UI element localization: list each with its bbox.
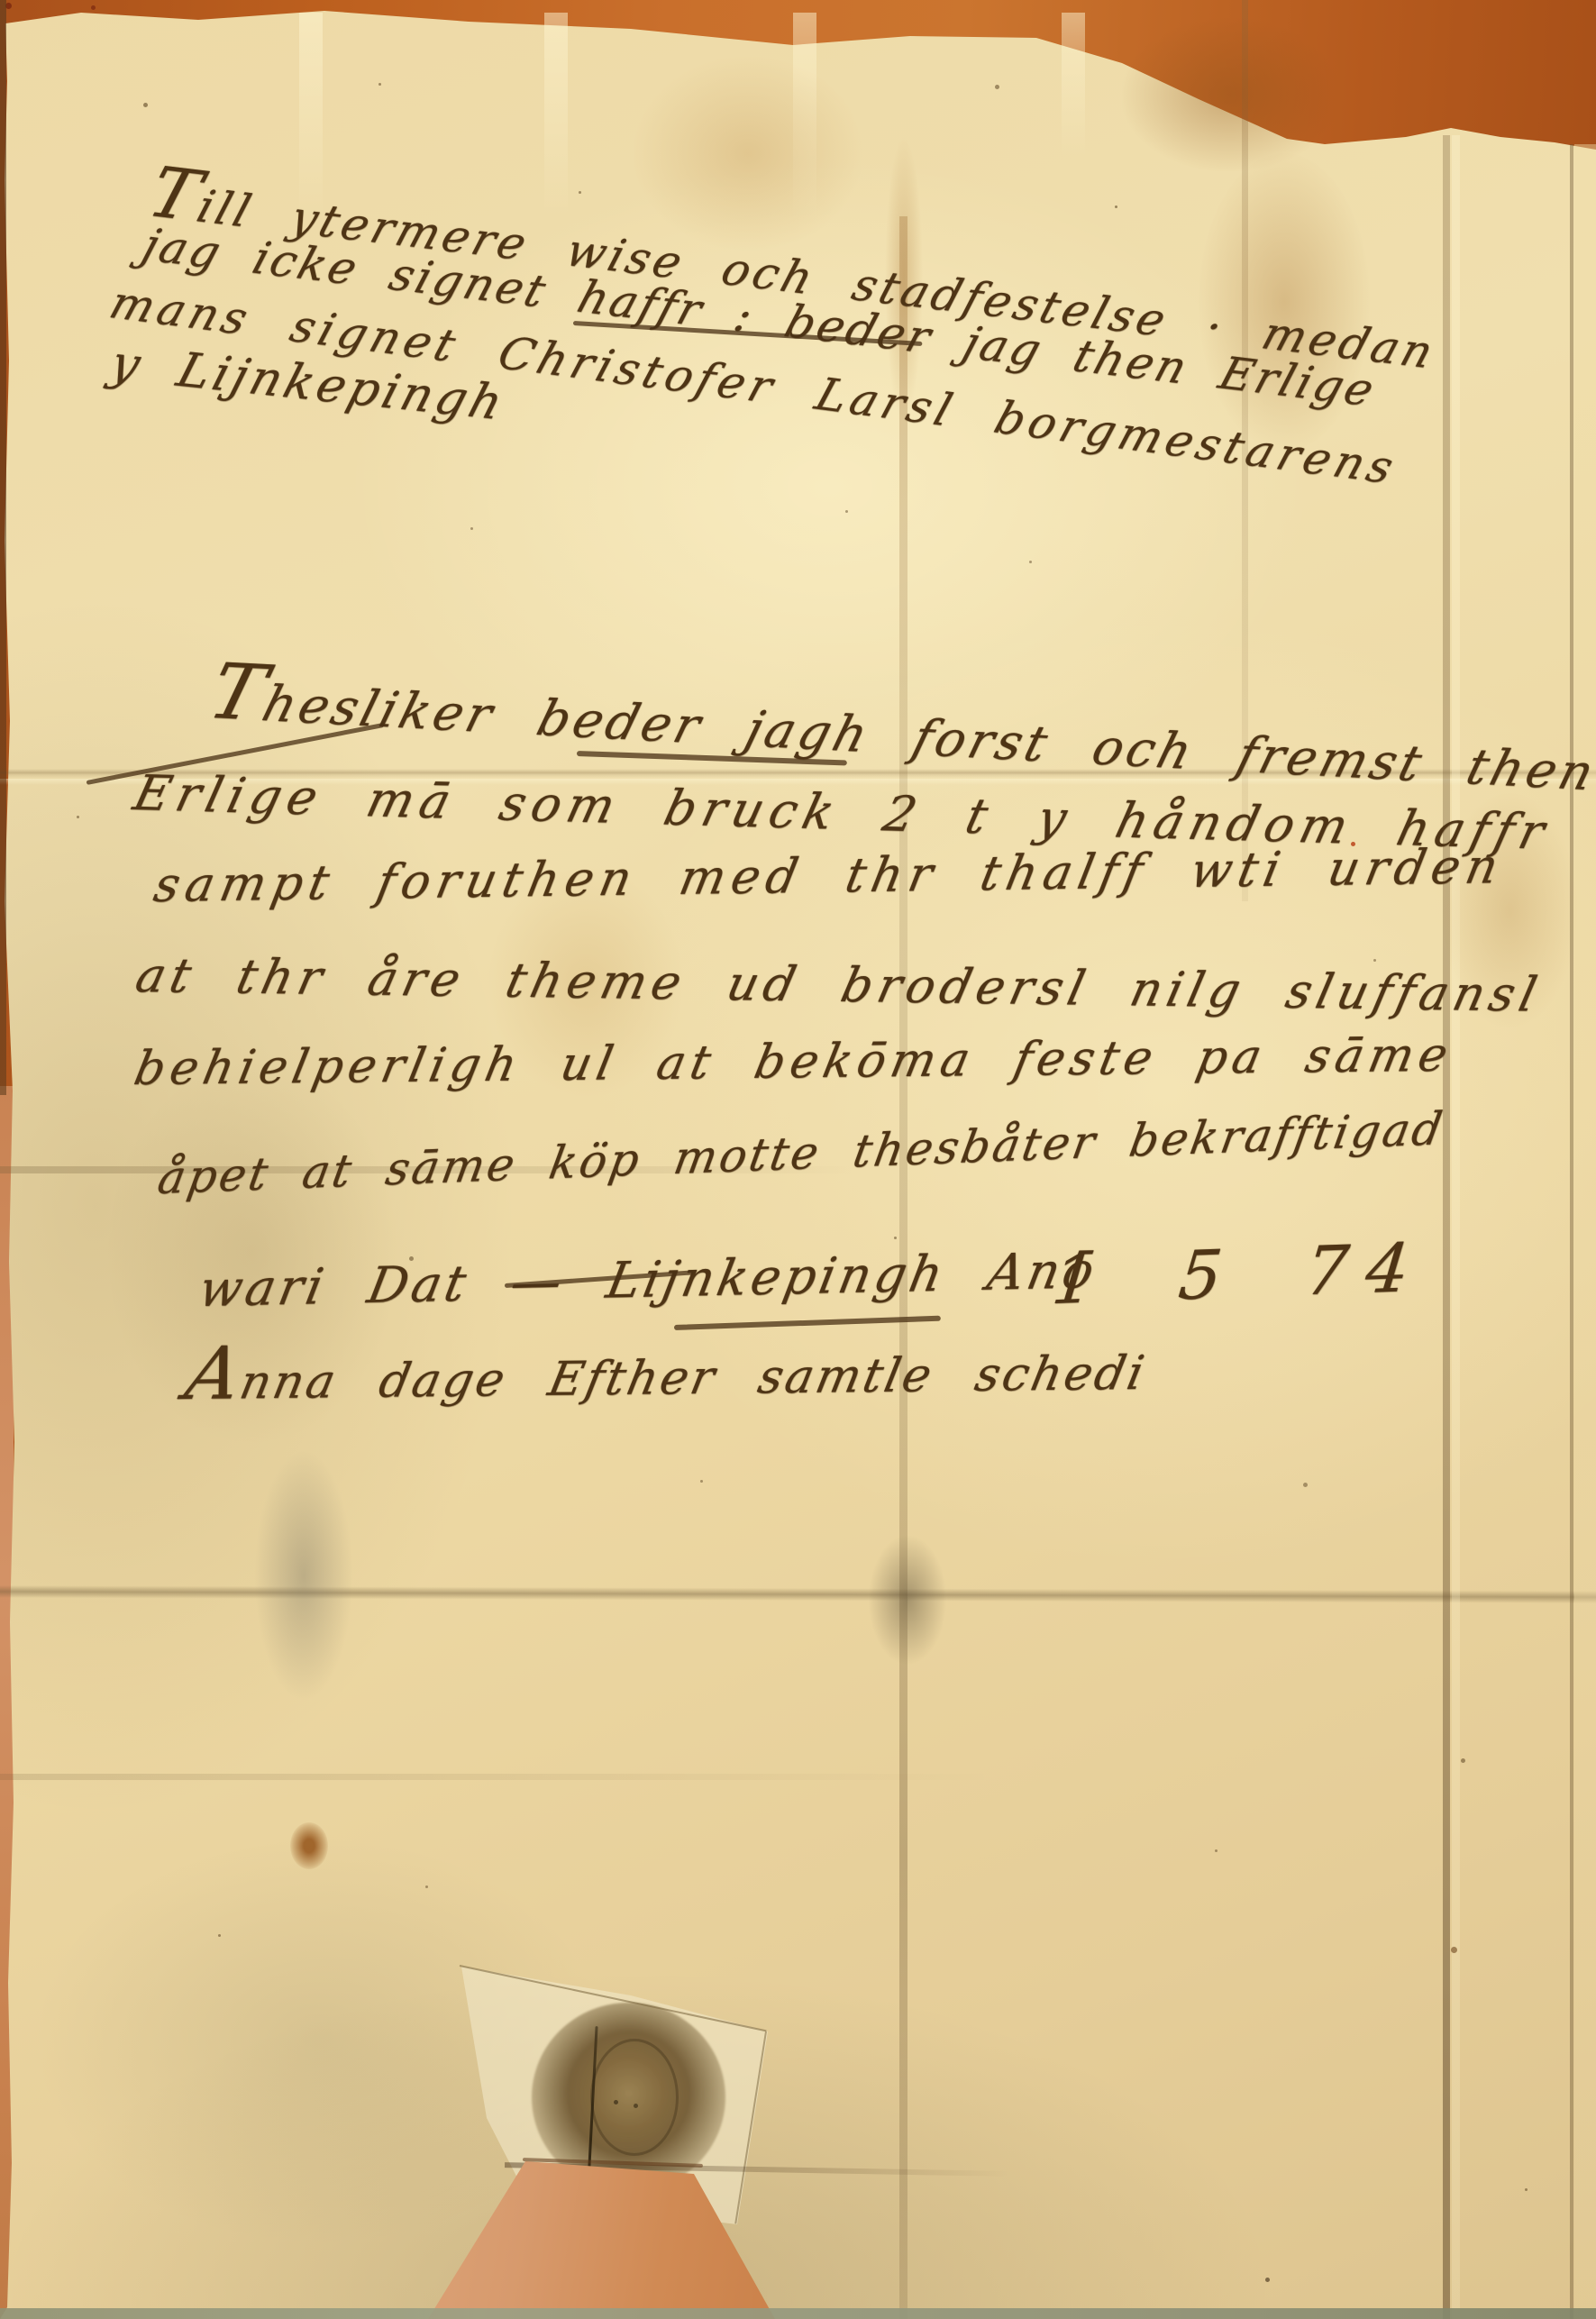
stain-gray-left — [254, 1449, 353, 1702]
seal-face-impression — [590, 2039, 679, 2156]
manuscript-line-last: Anna dage Efther samtle schedi — [179, 1322, 1156, 1417]
paper-torn-left-edge — [0, 0, 6, 1095]
paper-wrinkle-band — [544, 13, 568, 220]
vertical-fold-crease-right — [1443, 135, 1450, 2319]
vertical-fold-highlight — [1452, 135, 1460, 2319]
seal-face-detail — [634, 2104, 638, 2108]
stain-dark-blob — [867, 1532, 948, 1667]
seal-face-detail — [614, 2100, 618, 2104]
right-edge-sliver — [1574, 144, 1596, 2319]
paper-wrinkle-band — [1062, 13, 1085, 157]
manuscript-year-1574: 1 5 74 — [1048, 1228, 1430, 1319]
stain-brown-spot — [290, 1822, 328, 1869]
right-page-edge-line — [1570, 144, 1573, 2319]
stain-top-right-corner — [1122, 18, 1338, 171]
manuscript-photo: Till ytermere wise och stadfestelse · me… — [0, 0, 1596, 2319]
bottom-edge-strip — [0, 2308, 1596, 2319]
horizontal-crease-faint-2 — [0, 1774, 1172, 1780]
